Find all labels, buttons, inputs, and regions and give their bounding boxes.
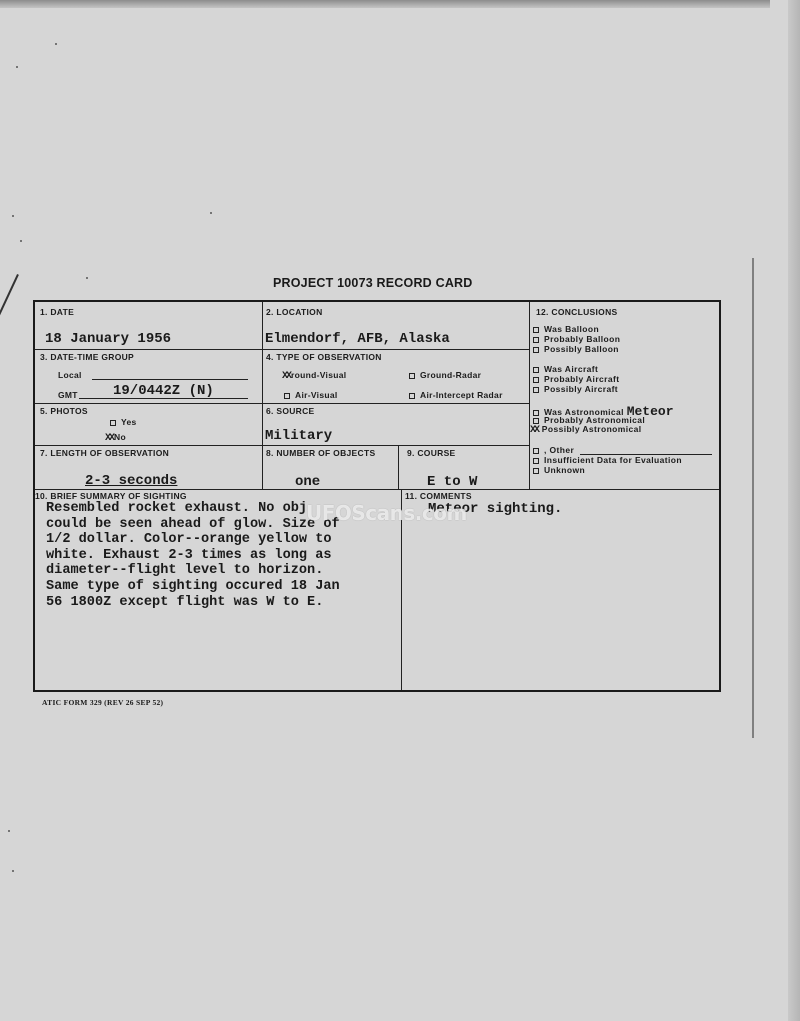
- conclusion-was-aircraft[interactable]: Was Aircraft: [533, 364, 598, 374]
- option-air-visual[interactable]: Air-Visual: [284, 390, 338, 400]
- location-value: Elmendorf, AFB, Alaska: [265, 331, 450, 347]
- objects-value: one: [295, 474, 320, 490]
- source-value: Military: [265, 428, 332, 444]
- checkbox-icon: [533, 347, 539, 353]
- form-footer: ATIC FORM 329 (REV 26 SEP 52): [42, 698, 163, 707]
- course-label: 9. COURSE: [407, 448, 456, 458]
- local-line: [92, 379, 248, 380]
- speck: [55, 43, 57, 45]
- checkbox-icon: [533, 418, 539, 424]
- photos-cell: 5. PHOTOS Yes XXNo: [35, 403, 262, 445]
- observation-type-label: 4. TYPE OF OBSERVATION: [266, 352, 382, 362]
- date-cell: 1. DATE 18 January 1956: [35, 302, 262, 349]
- conclusions-cell: 12. CONCLUSIONS Was Balloon Probably Bal…: [529, 302, 719, 489]
- checkbox-icon: [533, 448, 539, 454]
- pen-mark: [0, 274, 19, 322]
- speck: [12, 215, 14, 217]
- length-cell: 7. LENGTH OF OBSERVATION 2-3 seconds: [35, 445, 262, 489]
- date-value: 18 January 1956: [45, 331, 171, 347]
- speck: [12, 870, 14, 872]
- source-label: 6. SOURCE: [266, 406, 315, 416]
- gmt-label: GMT: [58, 390, 78, 400]
- conclusion-possibly-astronomical[interactable]: XX Possibly Astronomical: [530, 424, 642, 436]
- option-ground-visual[interactable]: XXround-Visual: [282, 370, 346, 382]
- length-label: 7. LENGTH OF OBSERVATION: [40, 448, 169, 458]
- dtg-cell: 3. DATE-TIME GROUP Local GMT 19/0442Z (N…: [35, 349, 262, 403]
- conclusion-other[interactable]: , Other: [533, 445, 574, 455]
- location-label: 2. LOCATION: [266, 307, 323, 317]
- card-title: PROJECT 10073 RECORD CARD: [273, 276, 473, 290]
- scan-top-shadow: [0, 0, 770, 8]
- conclusion-possibly-balloon[interactable]: Possibly Balloon: [533, 344, 619, 354]
- x-mark-icon: XX: [105, 433, 113, 444]
- course-value: E to W: [427, 474, 477, 490]
- speck: [16, 66, 18, 68]
- location-cell: 2. LOCATION Elmendorf, AFB, Alaska: [262, 302, 529, 349]
- photos-label: 5. PHOTOS: [40, 406, 88, 416]
- checkbox-icon: [409, 393, 415, 399]
- checkbox-icon: [409, 373, 415, 379]
- source-cell: 6. SOURCE Military: [262, 403, 529, 445]
- conclusion-unknown[interactable]: Unknown: [533, 465, 585, 475]
- local-label: Local: [58, 370, 82, 380]
- x-mark-icon: XX: [530, 425, 538, 436]
- objects-label: 8. NUMBER OF OBJECTS: [266, 448, 375, 458]
- speck: [210, 212, 212, 214]
- conclusions-label: 12. CONCLUSIONS: [536, 307, 618, 317]
- conclusion-probably-aircraft[interactable]: Probably Aircraft: [533, 374, 619, 384]
- conclusion-probably-balloon[interactable]: Probably Balloon: [533, 334, 620, 344]
- checkbox-icon: [533, 458, 539, 464]
- date-label: 1. DATE: [40, 307, 74, 317]
- photos-no-option[interactable]: XXNo: [105, 432, 126, 444]
- record-card: 1. DATE 18 January 1956 2. LOCATION Elme…: [33, 300, 721, 692]
- course-cell: 9. COURSE E to W: [398, 445, 529, 489]
- speck: [8, 830, 10, 832]
- length-value: 2-3 seconds: [85, 473, 177, 489]
- summary-label: 10. BRIEF SUMMARY OF SIGHTING: [35, 491, 187, 501]
- checkbox-icon: [533, 377, 539, 383]
- conclusion-insufficient-data[interactable]: Insufficient Data for Evaluation: [533, 455, 682, 465]
- scan-right-edge: [788, 0, 800, 1021]
- comments-label: 11. COMMENTS: [405, 491, 472, 501]
- speck: [20, 240, 22, 242]
- checkbox-icon: [533, 387, 539, 393]
- x-mark-icon: XX: [282, 371, 290, 382]
- checkbox-icon: [533, 337, 539, 343]
- checkbox-icon: [110, 420, 116, 426]
- checkbox-icon: [284, 393, 290, 399]
- checkbox-icon: [533, 468, 539, 474]
- watermark: UFOScans.com: [306, 501, 467, 525]
- conclusion-possibly-aircraft[interactable]: Possibly Aircraft: [533, 384, 618, 394]
- conclusion-was-balloon[interactable]: Was Balloon: [533, 324, 599, 334]
- dtg-label: 3. DATE-TIME GROUP: [40, 352, 134, 362]
- option-ground-radar[interactable]: Ground-Radar: [409, 370, 481, 380]
- checkbox-icon: [533, 327, 539, 333]
- gmt-value: 19/0442Z (N): [113, 383, 214, 399]
- observation-type-cell: 4. TYPE OF OBSERVATION XXround-Visual Gr…: [262, 349, 529, 403]
- photos-yes-option[interactable]: Yes: [110, 417, 137, 427]
- speck: [86, 277, 88, 279]
- option-air-intercept-radar[interactable]: Air-Intercept Radar: [409, 390, 503, 400]
- checkbox-icon: [533, 367, 539, 373]
- objects-cell: 8. NUMBER OF OBJECTS one: [262, 445, 398, 489]
- fold-line: [752, 258, 754, 738]
